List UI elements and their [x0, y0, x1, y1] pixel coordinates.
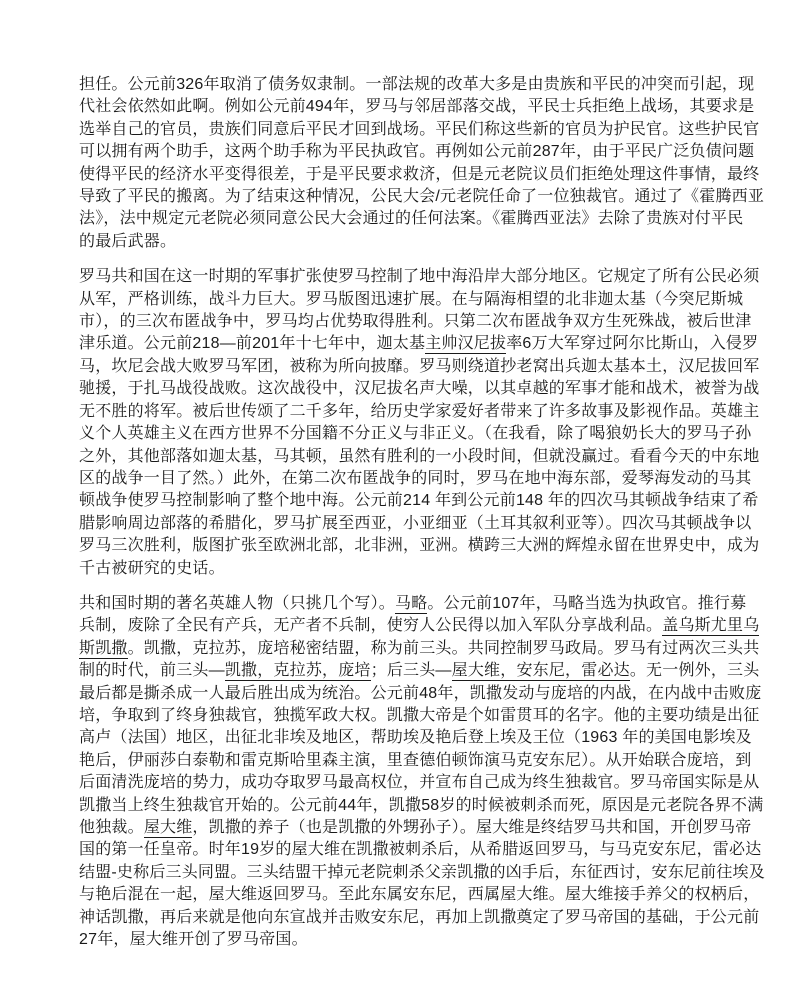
text-line: 担任。公元前326年取消了债务奴隶制。一部法规的改革大多是由贵族和平民的冲突而引… [79, 74, 808, 96]
text-line: 法》，法中规定元老院必须同意公民大会通过的任何法案。《霍腾西亚法》去除了贵族对付… [79, 208, 808, 230]
paragraph-1: 担任。公元前326年取消了债务奴隶制。一部法规的改革大多是由贵族和平民的冲突而引… [79, 74, 808, 253]
text-line: 选举自己的官员，贵族们同意后平民才回到战场。平民们称这些新的官员为护民官。这些护… [79, 119, 808, 141]
paragraph-3: 共和国时期的著名英雄人物（只挑几个写）。马略。公元前107年，马略当选为执政官。… [79, 593, 808, 952]
underlined-text: 斯凯撒 [79, 640, 128, 659]
text-line: 兵制，废除了全民有产兵，无产者不兵制，使穷人公民得以加入军队分享战利品。盖乌斯尤… [79, 615, 808, 637]
text-line: 义个人英雄主义在西方世界不分国籍不分正义与非正义。（在我看，除了喝狼奶长大的罗马… [79, 423, 808, 445]
text-line: 罗马三次胜利，版图扩张至欧洲北部，北非洲，亚洲。横跨三大洲的辉煌永留在世界史中，… [79, 535, 808, 557]
text-line: 斯凯撒。凯撒，克拉苏，庞培秘密结盟，称为前三头。共同控制罗马政局。罗马有过两次三… [79, 638, 808, 660]
text-line: 千古被研究的史话。 [79, 558, 808, 580]
text-line: 马，坎尼会战大败罗马军团，被称为所向披靡。罗马则绕道抄老窝出兵迦太基本土，汉尼拔… [79, 356, 808, 378]
text-line: 凯撒当上终生独裁官开始的。公元前44年，凯撒58岁的时候被刺杀而死，原因是元老院… [79, 795, 808, 817]
text-line: 27年，屋大维开创了罗马帝国。 [79, 929, 808, 951]
text-line: 顿战争使罗马控制影响了整个地中海。公元前214 年到公元前148 年的四次马其顿… [79, 490, 808, 512]
text-line: 津乐道。公元前218—前201年十七年中，迦太基主帅汉尼拔率6万大军穿过阿尔比斯… [79, 333, 808, 355]
text-line: 使得平民的经济水平变得很差，于是平民要求救济，但是元老院议员们拒绝处理这件事情，… [79, 164, 808, 186]
text-line: 培，争取到了终身独裁官，独揽军政大权。凯撒大帝是个如雷贯耳的名字。他的主要功绩是… [79, 705, 808, 727]
text-line: 区的战争一目了然。）此外，在第二次布匿战争的同时，罗马在地中海东部，爱琴海发动的… [79, 468, 808, 490]
text-line: 共和国时期的著名英雄人物（只挑几个写）。马略。公元前107年，马略当选为执政官。… [79, 593, 808, 615]
underlined-text: 屋大维 [144, 819, 193, 838]
text-line: 无不胜的将军。被后世传颂了二千多年，给历史学家爱好者带来了许多故事及影视作品。英… [79, 401, 808, 423]
text-line: 制的时代，前三头—凯撒，克拉苏，庞培；后三头—屋大维，安东尼，雷必达。无一例外，… [79, 660, 808, 682]
text-line: 罗马共和国在这一时期的军事扩张使罗马控制了地中海沿岸大部分地区。它规定了所有公民… [79, 266, 808, 288]
text-line: 后面清洗庞培的势力，成功夺取罗马最高权位，并宣布自己成为终生独裁官。罗马帝国实际… [79, 772, 808, 794]
text-line: 结盟-史称后三头同盟。三头结盟干掉元老院刺杀父亲凯撒的凶手后，东征西讨，安东尼前… [79, 862, 808, 884]
text-line: 驰援，于扎马战役战败。这次战役中，汉尼拔名声大噪，以其卓越的军事才能和战术，被誉… [79, 378, 808, 400]
text-line: 代社会依然如此啊。例如公元前494年，罗马与邻居部落交战，平民士兵拒绝上战场，其… [79, 96, 808, 118]
text-line: 最后都是撕杀成一人最后胜出成为统治。公元前48年，凯撒发动与庞培的内战，在内战中… [79, 683, 808, 705]
underlined-text: 主帅汉尼拔 [425, 335, 506, 354]
paragraph-2: 罗马共和国在这一时期的军事扩张使罗马控制了地中海沿岸大部分地区。它规定了所有公民… [79, 266, 808, 580]
text-line: 他独裁。屋大维，凯撒的养子（也是凯撒的外甥孙子）。屋大维是终结罗马共和国，开创罗… [79, 817, 808, 839]
underlined-text: 盖乌斯尤里乌 [662, 617, 759, 636]
text-line: 艳后，伊丽莎白泰勒和雷克斯哈里森主演，里查德伯顿饰演马克安东尼）。从开始联合庞培… [79, 750, 808, 772]
text-line: 的最后武器。 [79, 231, 808, 253]
document-page: 担任。公元前326年取消了债务奴隶制。一部法规的改革大多是由贵族和平民的冲突而引… [0, 0, 808, 1000]
underlined-text: 凯撒，克拉苏，庞培 [225, 662, 371, 681]
text-line: 高卢（法国）地区，出征北非埃及地区，帮助埃及艳后登上埃及王位（1963 年的美国… [79, 727, 808, 749]
underlined-text: 屋大维，安东尼，雷必达 [452, 662, 630, 681]
text-line: 神话凯撒，再后来就是他向东宣战并击败安东尼，再加上凯撒奠定了罗马帝国的基础，于公… [79, 907, 808, 929]
text-line: 从军，严格训练，战斗力巨大。罗马版图迅速扩展。在与隔海相望的北非迦太基（今突尼斯… [79, 289, 808, 311]
text-line: 腊影响周边部落的希腊化，罗马扩展至西亚，小亚细亚（土耳其叙利亚等）。四次马其顿战… [79, 513, 808, 535]
text-line: 之外，其他部落如迦太基，马其顿，虽然有胜利的一小段时间，但就没赢过。看看今天的中… [79, 446, 808, 468]
text-line: 国的第一任皇帝。时年19岁的屋大维在凯撒被刺杀后，从希腊返回罗马，与马克安东尼，… [79, 839, 808, 861]
underlined-text: 马略 [395, 595, 427, 614]
text-line: 导致了平民的搬离。为了结束这种情况，公民大会/元老院任命了一位独裁官。通过了《霍… [79, 186, 808, 208]
document-body: 担任。公元前326年取消了债务奴隶制。一部法规的改革大多是由贵族和平民的冲突而引… [79, 74, 808, 951]
text-line: 与艳后混在一起，屋大维返回罗马。至此东属安东尼，西属屋大维。屋大维接手养父的权柄… [79, 884, 808, 906]
text-line: 市），的三次布匿战争中，罗马均占优势取得胜利。只第二次布匿战争双方生死殊战，被后… [79, 311, 808, 333]
text-line: 可以拥有两个助手，这两个助手称为平民执政官。再例如公元前287年，由于平民广泛负… [79, 141, 808, 163]
